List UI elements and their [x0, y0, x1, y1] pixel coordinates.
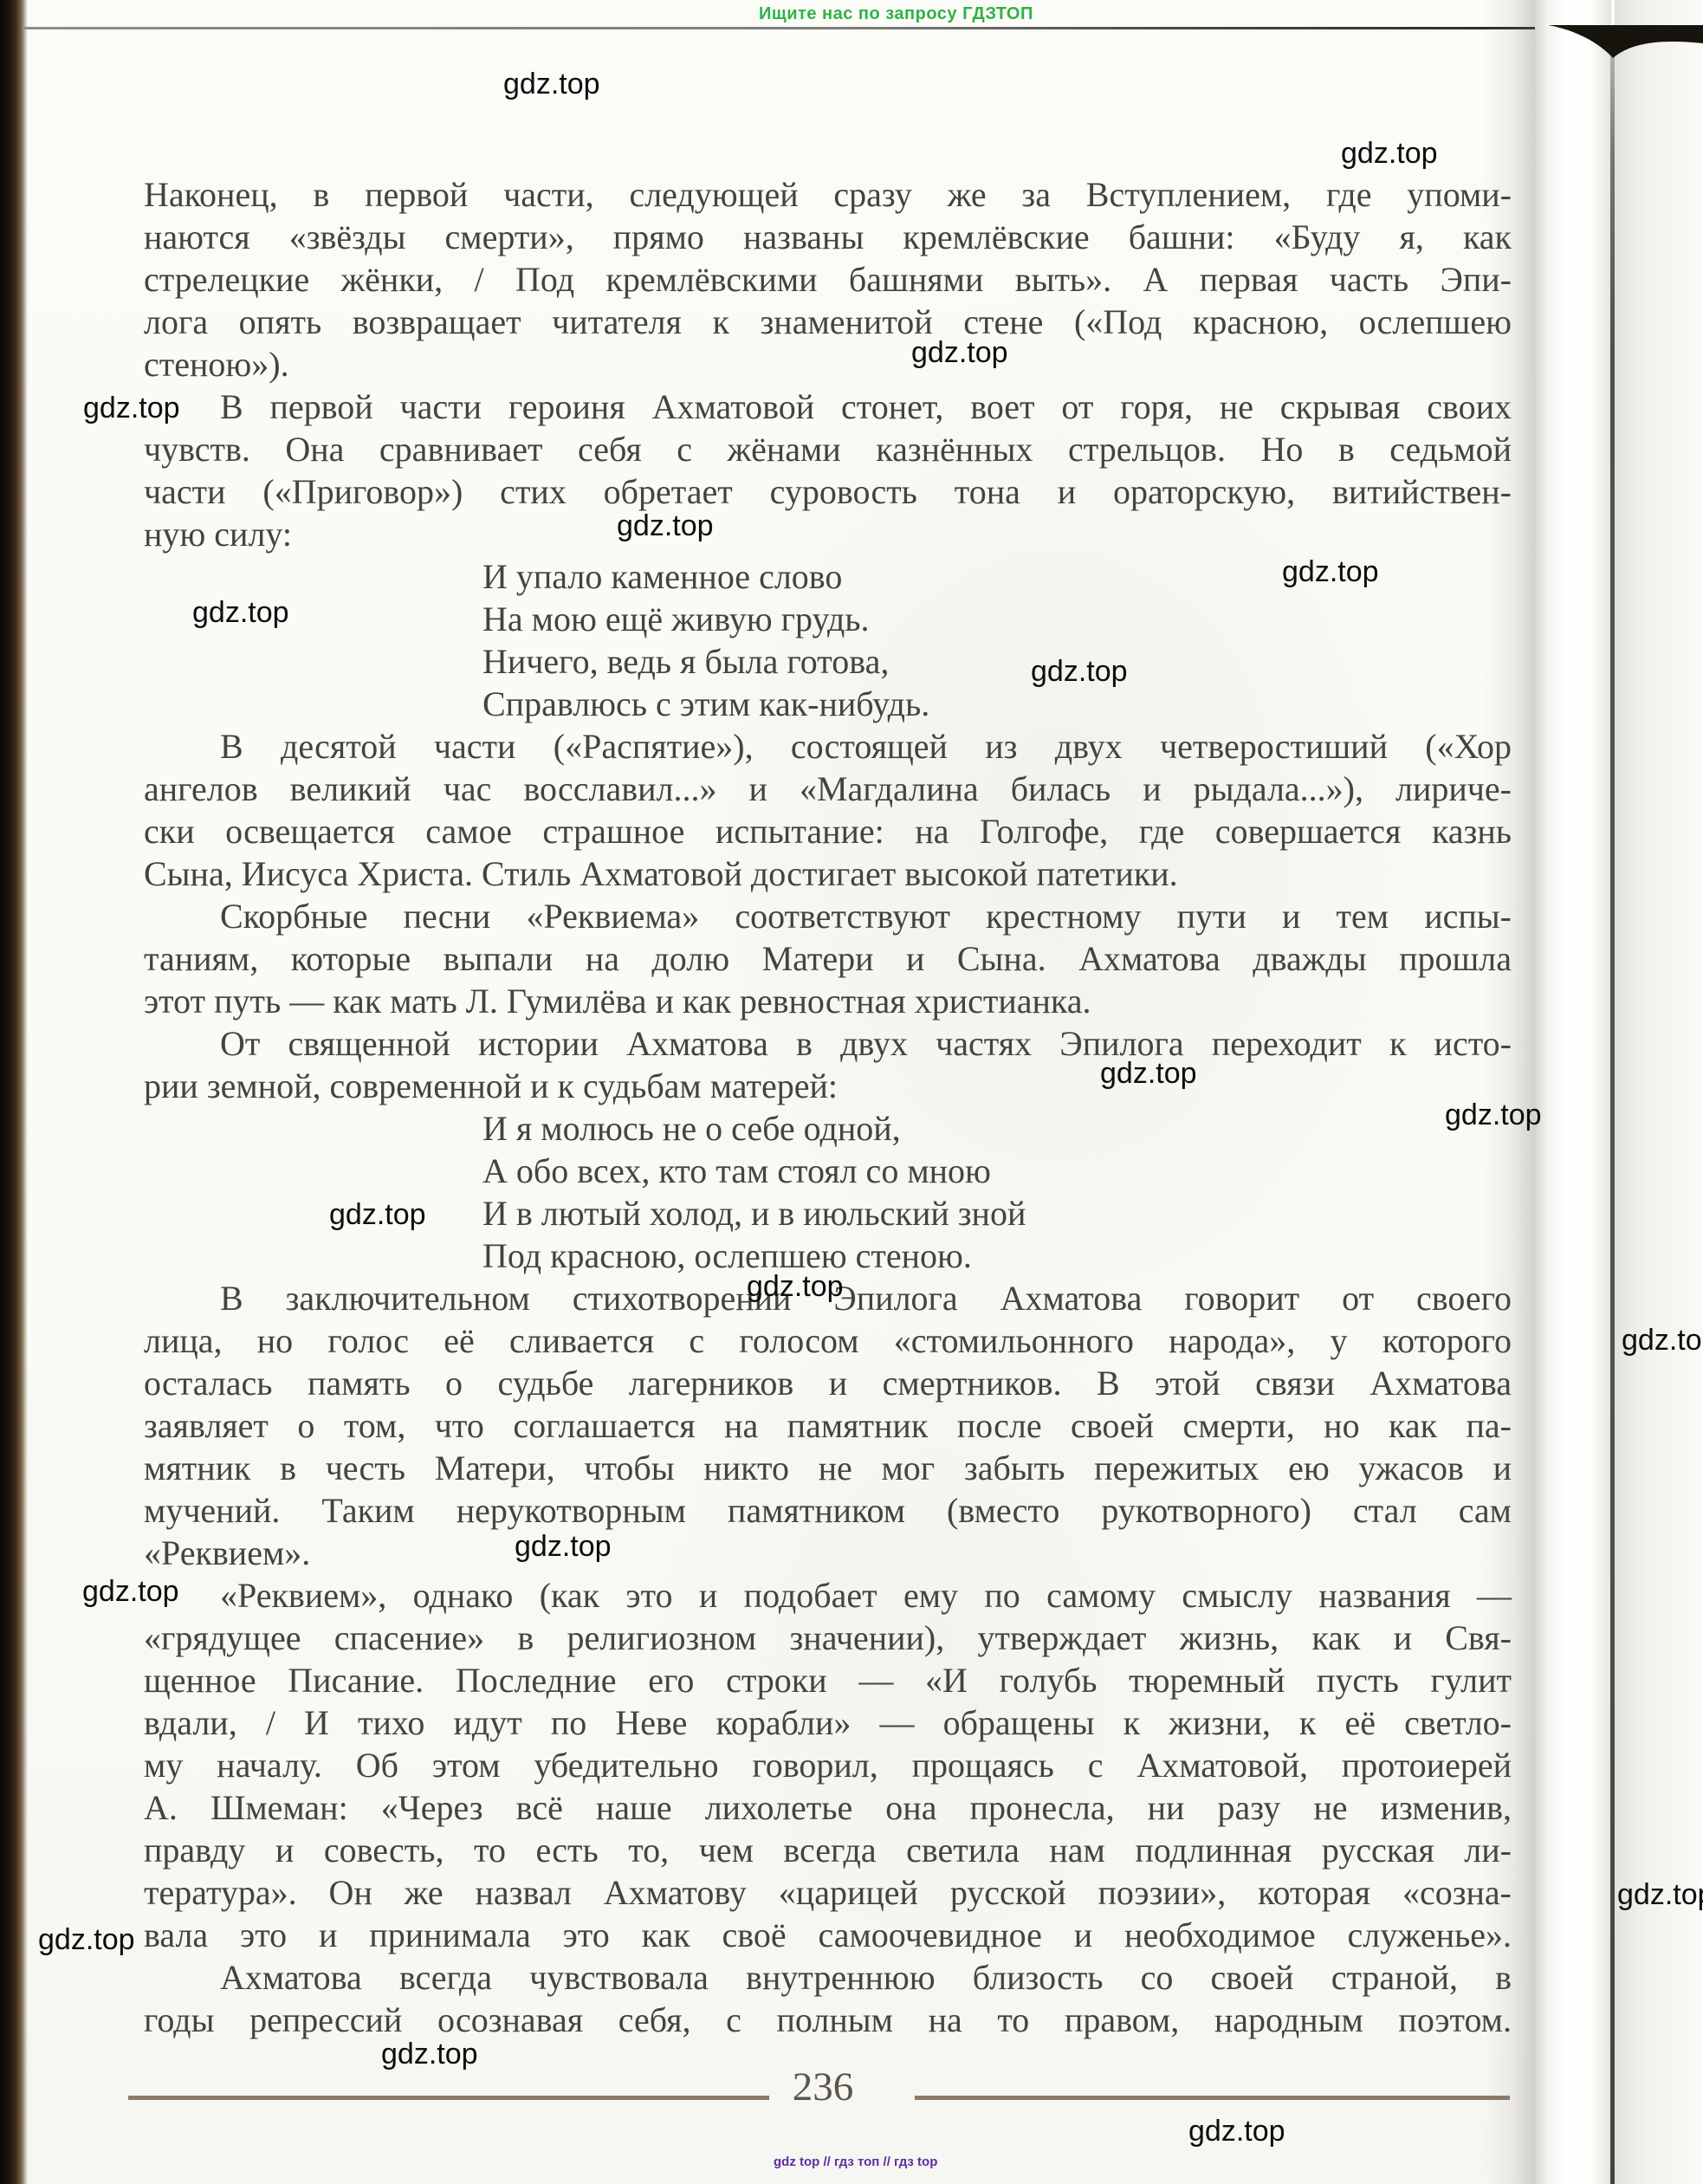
text-line: заявляет о том, что соглашается на памят… — [144, 1404, 1512, 1447]
watermark-text: gdz.top — [1282, 555, 1379, 589]
verse-line: Справлюсь с этим как-нибудь. — [482, 683, 1512, 725]
text-line: ангелов великий час восславил...» и «Маг… — [144, 768, 1512, 810]
text-line: ную силу: — [144, 513, 1512, 555]
text-line: чувств. Она сравнивает себя с жёнами каз… — [144, 428, 1512, 470]
text-line: рии земной, современной и к судьбам мате… — [144, 1065, 1512, 1107]
verse-line: И я молюсь не о себе одной, — [482, 1107, 1512, 1150]
text-line: этот путь — как мать Л. Гумилёва и как р… — [144, 980, 1512, 1022]
footer-rule-left — [128, 2096, 769, 2100]
text-line: В десятой части («Распятие»), состоящей … — [144, 725, 1512, 768]
text-line: годы репрессий осознавая себя, с полным … — [144, 1999, 1512, 2041]
text-line: тература». Он же назвал Ахматову «царице… — [144, 1871, 1512, 1914]
text-line: «Реквием», однако (как это и подобает ем… — [144, 1574, 1512, 1617]
text-line: А. Шмеман: «Через всё наше лихолетье она… — [144, 1786, 1512, 1829]
page-number: 236 — [780, 2064, 866, 2110]
text-line: вала это и принимала это как своё самооч… — [144, 1914, 1512, 1956]
text-line: вдали, / И тихо идут по Неве корабли» — … — [144, 1701, 1512, 1744]
text-line: стеною»). — [144, 343, 1512, 386]
text-line: лога опять возвращает читателя к знамени… — [144, 301, 1512, 343]
text-line: правду и совесть, то есть то, чем всегда… — [144, 1829, 1512, 1871]
verse-line: Под красною, ослепшею стеною. — [482, 1235, 1512, 1277]
text-line: осталась память о судьбе лагерников и см… — [144, 1362, 1512, 1404]
watermark-text: gdz.top — [1622, 1324, 1703, 1358]
page-edge-strip — [1615, 0, 1703, 2184]
watermark-text: gdz.top — [192, 596, 289, 630]
text-line: Наконец, в первой части, следующей сразу… — [144, 173, 1512, 216]
text-line: Сына, Иисуса Христа. Стиль Ахматовой дос… — [144, 852, 1512, 895]
text-line: Скорбные песни «Реквиема» соответствуют … — [144, 895, 1512, 937]
watermark-text: gdz.top — [515, 1530, 612, 1564]
promo-banner-text: Ищите нас по запросу ГДЗТОП — [759, 4, 1033, 24]
text-line: щенное Писание. Последние его строки — «… — [144, 1659, 1512, 1701]
top-rule — [24, 27, 1556, 29]
bottom-tag-text: gdz top // гдз топ // гдз top — [774, 2155, 937, 2169]
watermark-text: gdz.top — [911, 336, 1008, 370]
text-line: «Реквием». — [144, 1532, 1512, 1574]
book-binding-edge — [0, 0, 28, 2184]
verse-line: Ничего, ведь я была готова, — [482, 640, 1512, 683]
footer-rule-right — [915, 2096, 1510, 2100]
curled-corner-shadow — [1503, 0, 1703, 113]
text-line: ски освещается самое страшное испытание:… — [144, 810, 1512, 852]
text-line: В первой части героиня Ахматовой стонет,… — [144, 386, 1512, 428]
page-curl-shadow — [1483, 0, 1537, 2184]
text-block: Наконец, в первой части, следующей сразу… — [144, 173, 1512, 2041]
text-line: стрелецкие жёнки, / Под кремлёвскими баш… — [144, 258, 1512, 301]
watermark-text: gdz.top — [38, 1923, 135, 1957]
verse-line: А обо всех, кто там стоял со мною — [482, 1150, 1512, 1192]
watermark-text: gdz.top — [82, 1575, 179, 1609]
text-line: наются «звёзды смерти», прямо названы кр… — [144, 216, 1512, 258]
watermark-text: gdz.top — [1100, 1057, 1197, 1091]
watermark-text: gdz.top — [83, 392, 180, 425]
watermark-text: gdz.top — [1617, 1878, 1703, 1912]
text-line: части («Приговор») стих обретает суровос… — [144, 470, 1512, 513]
page-curl-highlight — [1535, 0, 1611, 2184]
text-line: «грядущее спасение» в религиозном значен… — [144, 1617, 1512, 1659]
text-line: таниям, которые выпали на долю Матери и … — [144, 937, 1512, 980]
verse-line: И в лютый холод, и в июльский зной — [482, 1192, 1512, 1235]
watermark-text: gdz.top — [329, 1198, 426, 1232]
text-line: му началу. Об этом убедительно говорил, … — [144, 1744, 1512, 1786]
watermark-text: gdz.top — [381, 2038, 478, 2071]
watermark-text: gdz.top — [747, 1270, 844, 1304]
text-line: мучений. Таким нерукотворным памятником … — [144, 1489, 1512, 1532]
page-edge-line — [1610, 47, 1615, 2184]
verse-line: На мою ещё живую грудь. — [482, 598, 1512, 640]
text-line: мятник в честь Матери, чтобы никто не мо… — [144, 1447, 1512, 1489]
watermark-text: gdz.top — [617, 509, 714, 543]
watermark-text: gdz.top — [1445, 1098, 1542, 1132]
text-line: От священной истории Ахматова в двух час… — [144, 1022, 1512, 1065]
watermark-text: gdz.top — [503, 68, 600, 101]
watermark-text: gdz.top — [1341, 137, 1438, 171]
text-line: лица, но голос её сливается с голосом «с… — [144, 1319, 1512, 1362]
watermark-text: gdz.top — [1188, 2115, 1285, 2148]
watermark-text: gdz.top — [1031, 655, 1128, 689]
text-line: Ахматова всегда чувствовала внутреннюю б… — [144, 1956, 1512, 1999]
